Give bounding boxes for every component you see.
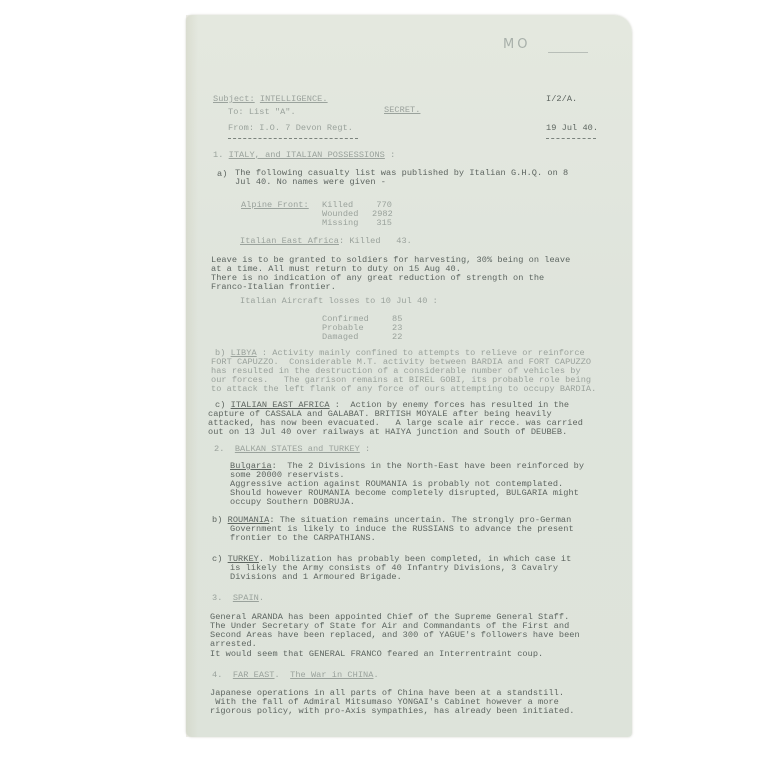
alpine-missing: Missing <box>322 219 358 228</box>
section-3-heading: 3. SPAIN. <box>212 594 264 603</box>
alpine-front-label: Alpine Front: <box>241 201 309 210</box>
section-1-heading: 1. ITALY, and ITALIAN POSSESSIONS : <box>213 151 395 160</box>
date-divider <box>546 138 596 139</box>
reference-number: I/2/A. <box>546 95 577 104</box>
section-2-heading: 2. BALKAN STATES and TURKEY : <box>214 445 370 454</box>
leave-line-4: Franco-Italian frontier. <box>211 283 336 292</box>
handwritten-note: MO <box>503 37 530 52</box>
to-line: To: List "A". <box>228 108 296 117</box>
aircraft-losses-title: Italian Aircraft losses to 10 Jul 40 : <box>240 297 438 306</box>
section-3-line5: It would seem that GENERAL FRANCO feared… <box>210 650 543 659</box>
section-1c-line4: out on 13 Jul 40 over railways at HAIYA … <box>208 428 567 437</box>
section-3-line3: Second Areas have been replaced, and 300… <box>210 631 580 640</box>
section-2b-line3: frontier to the CARPATHIANS. <box>230 534 376 543</box>
classification: SECRET. <box>384 106 420 115</box>
aircraft-damaged: Damaged <box>322 333 358 342</box>
subject-line: Subject: INTELLIGENCE. <box>213 95 328 104</box>
document-date: 19 Jul 40. <box>546 124 598 133</box>
section-2a-line5: occupy Southern DOBRUJA. <box>230 498 355 507</box>
section-4-heading: 4. FAR EAST. The War in CHINA. <box>212 671 379 680</box>
from-line: From: I.O. 7 Devon Regt. <box>228 124 353 133</box>
handwritten-underline <box>548 52 588 53</box>
section-1a-line2: Jul 40. No names were given - <box>235 178 386 187</box>
subject: INTELLIGENCE. <box>260 94 328 104</box>
from-divider <box>228 138 358 139</box>
alpine-missing-count: 315 <box>372 219 392 228</box>
section-4-line3: rigorous policy, with pro-Axis sympathie… <box>210 707 575 716</box>
section-1a-label: a) <box>217 170 227 179</box>
aircraft-damaged-count: 22 <box>392 333 402 342</box>
subject-label: Subject: <box>213 94 255 104</box>
section-1b-line5: to attack the left flank of any force of… <box>211 385 596 394</box>
section-2c-line3: Divisions and 1 Armoured Brigade. <box>230 573 402 582</box>
section-3-line4: arrested. <box>210 640 257 649</box>
east-africa-casualties: Italian East Africa: Killed 43. <box>240 237 412 246</box>
